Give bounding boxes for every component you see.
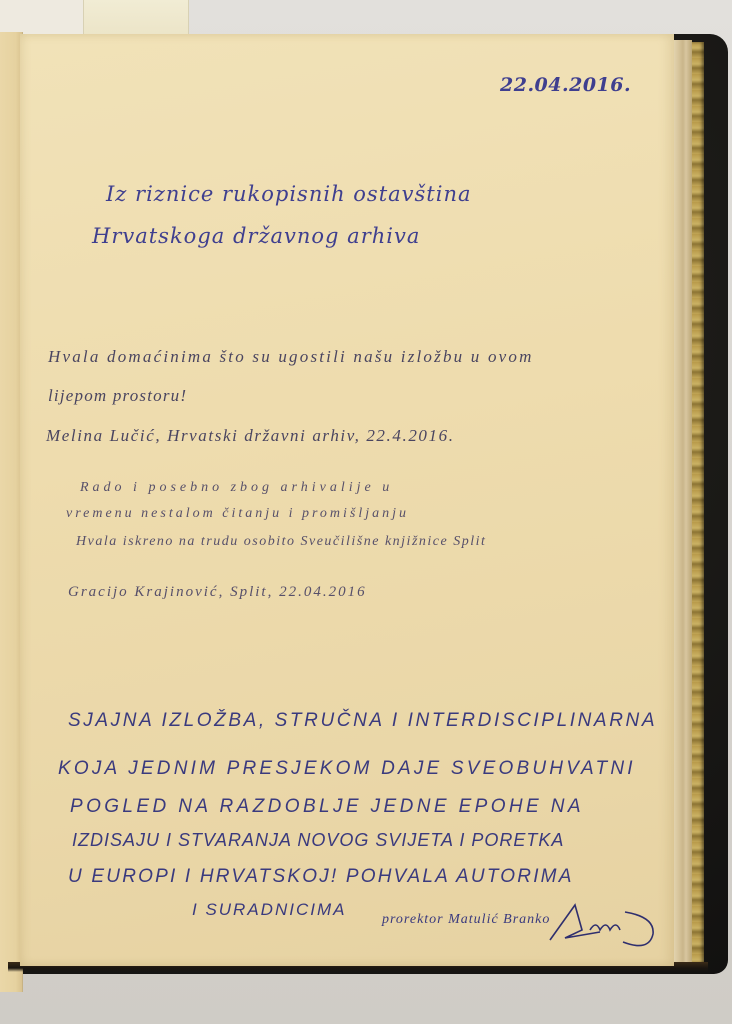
entry-line: lijepom prostoru!	[48, 386, 187, 406]
entry-line: Melina Lučić, Hrvatski državni arhiv, 22…	[46, 426, 455, 446]
entry-line: koja jednim presjekom daje sveobuhvatni	[58, 758, 636, 780]
background-paper-slip	[83, 0, 189, 35]
guestbook-page: 22.04.2016. Iz riznice rukopisnih ostavš…	[20, 34, 674, 966]
date-header: 22.04.2016.	[500, 74, 631, 96]
entry-line: Hvala domaćinima što su ugostili našu iz…	[48, 347, 534, 367]
entry-line: pogled na razdoblje jedne epohe na	[70, 796, 584, 818]
entry-line: Sjajna izložba, stručna i interdisciplin…	[68, 710, 657, 732]
entry-line: Rado i posebno zbog arhivalije u	[80, 480, 393, 496]
entry-line: izdisaju i stvaranja novog svijeta i por…	[72, 830, 564, 851]
photo-scene: 22.04.2016. Iz riznice rukopisnih ostavš…	[0, 0, 732, 1024]
entry-line: u Europi i Hrvatskoj! Pohvala autorima	[68, 866, 574, 888]
heading-line: Hrvatskoga državnog arhiva	[92, 224, 420, 248]
entry-line: i suradnicima	[192, 900, 346, 920]
page-stack-edge	[672, 40, 692, 968]
entry-line: vremenu nestalom čitanju i promišljanju	[66, 506, 409, 522]
signature-flourish	[530, 890, 660, 950]
heading-line: Iz riznice rukopisnih ostavština	[106, 182, 472, 206]
signature-text: prorektor Matulić Branko	[382, 912, 550, 928]
gilt-page-edges	[690, 42, 704, 967]
entry-line: Hvala iskreno na trudu osobito Sveučiliš…	[76, 534, 486, 550]
entry-line: Gracijo Krajinović, Split, 22.04.2016	[68, 584, 367, 601]
